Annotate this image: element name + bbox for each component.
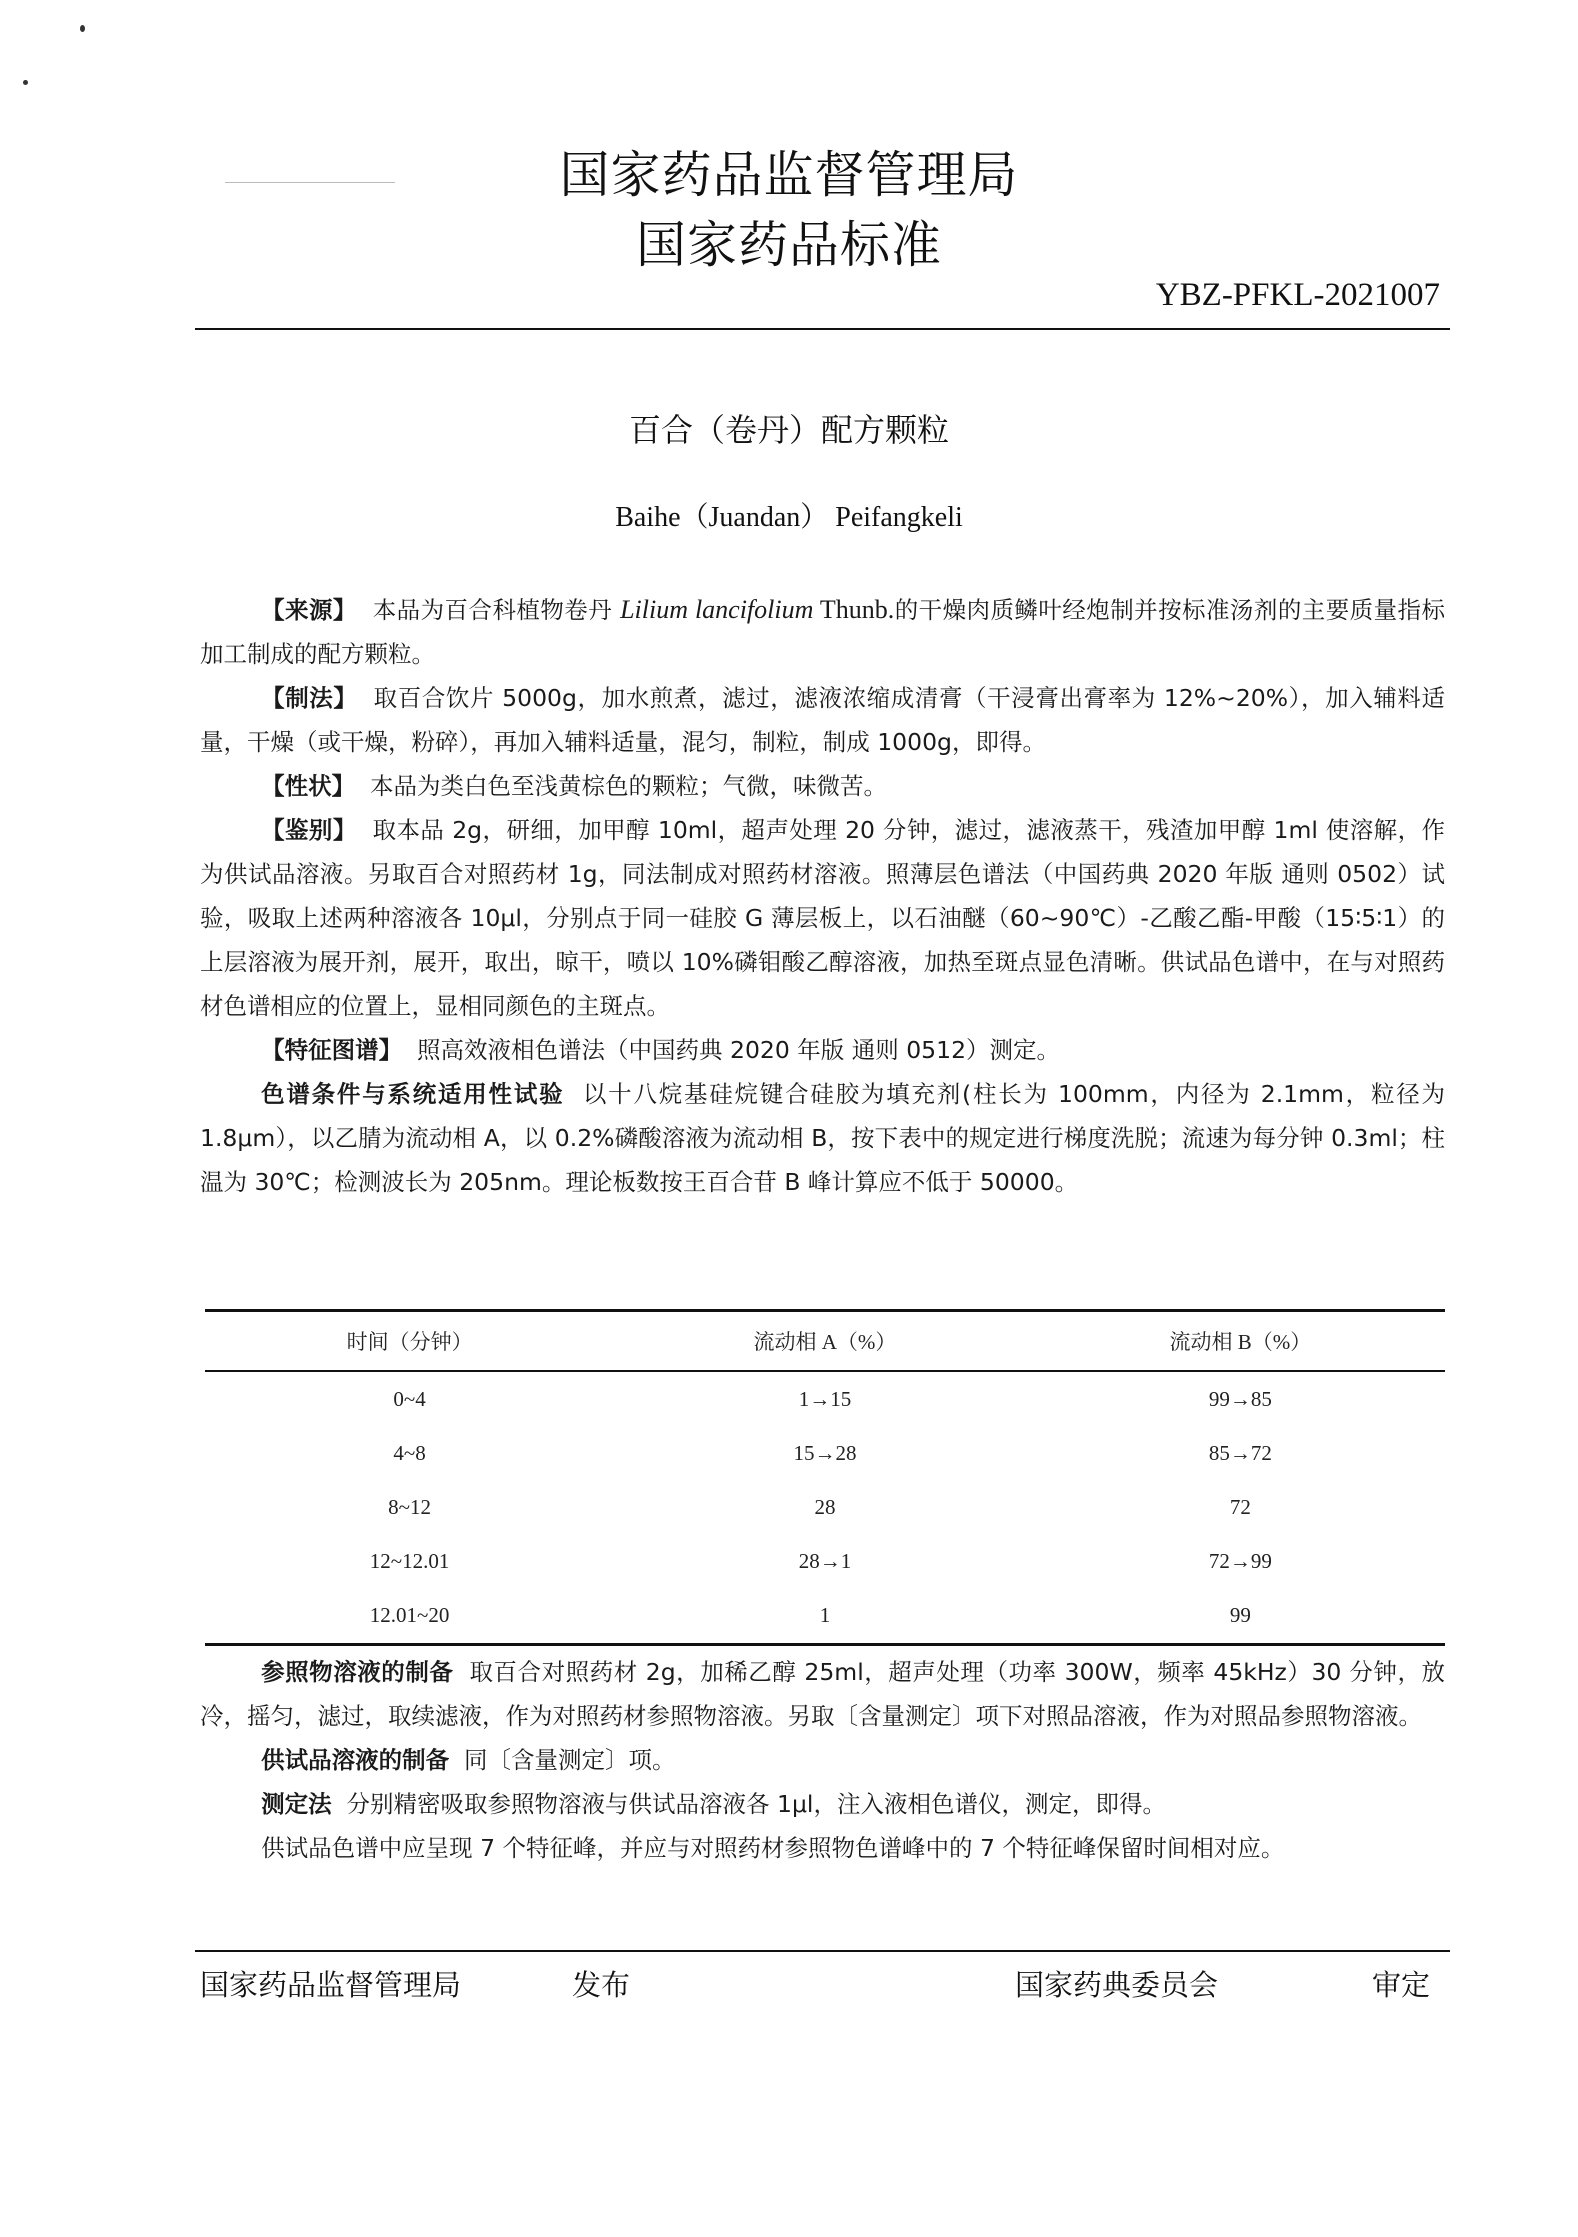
fingerprint-paragraph: 【特征图谱】 照高效液相色谱法（中国药典 2020 年版 通则 0512）测定。: [200, 1028, 1445, 1072]
document-pinyin-title: Baihe（Juandan） Peifangkeli: [0, 495, 1578, 535]
scan-speck: [80, 25, 85, 32]
reference-solution-label: 参照物溶液的制备: [261, 1658, 453, 1686]
preparation-paragraph: 【制法】 取百合饮片 5000g，加水煎煮，滤过，滤液浓缩成清膏（干浸膏出膏率为…: [200, 676, 1445, 764]
table-row: 4~8 15→28 85→72: [205, 1426, 1445, 1480]
body-section-1: 【来源】 本品为百合科植物卷丹 Lilium lancifolium Thunb…: [200, 588, 1445, 1204]
table-header-row: 时间（分钟） 流动相 A（%） 流动相 B（%）: [205, 1311, 1445, 1372]
col-header-time: 时间（分钟）: [205, 1311, 614, 1372]
table-row: 8~12 28 72: [205, 1480, 1445, 1534]
footer-publish-label: 发布: [572, 1963, 630, 2004]
method-paragraph: 测定法 分别精密吸取参照物溶液与供试品溶液各 1μl，注入液相色谱仪，测定，即得…: [200, 1782, 1445, 1826]
gradient-table: 时间（分钟） 流动相 A（%） 流动相 B（%） 0~4 1→15 99→85 …: [205, 1309, 1445, 1646]
body-section-2: 参照物溶液的制备 取百合对照药材 2g，加稀乙醇 25ml，超声处理（功率 30…: [200, 1650, 1445, 1870]
table-row: 0~4 1→15 99→85: [205, 1371, 1445, 1426]
method-label: 测定法: [261, 1790, 332, 1818]
description-paragraph: 【性状】 本品为类白色至浅黄棕色的颗粒；气微，味微苦。: [200, 764, 1445, 808]
col-header-phase-a: 流动相 A（%）: [614, 1311, 1036, 1372]
test-solution-label: 供试品溶液的制备: [261, 1746, 449, 1774]
footer-review-label: 审定: [1372, 1963, 1430, 2004]
preparation-label: 【制法】: [261, 684, 357, 712]
footer-rule: [195, 1950, 1450, 1952]
source-label: 【来源】: [261, 596, 357, 624]
table-row: 12.01~20 1 99: [205, 1588, 1445, 1645]
agency-title: 国家药品监督管理局: [0, 135, 1578, 207]
footer-publisher: 国家药品监督管理局: [200, 1963, 461, 2004]
fingerprint-label: 【特征图谱】: [261, 1036, 402, 1064]
chrom-conditions-label: 色谱条件与系统适用性试验: [261, 1080, 564, 1108]
doc-type-title: 国家药品标准: [0, 205, 1578, 277]
standard-code: YBZ-PFKL-2021007: [1156, 277, 1440, 314]
chrom-conditions-paragraph: 色谱条件与系统适用性试验 以十八烷基硅烷键合硅胶为填充剂(柱长为 100mm，内…: [200, 1072, 1445, 1204]
identification-label: 【鉴别】: [261, 816, 357, 844]
col-header-phase-b: 流动相 B（%）: [1036, 1311, 1445, 1372]
footer-reviewer: 国家药典委员会: [1015, 1963, 1218, 2004]
conclusion-paragraph: 供试品色谱中应呈现 7 个特征峰，并应与对照药材参照物色谱峰中的 7 个特征峰保…: [200, 1826, 1445, 1870]
document-title: 百合（卷丹）配方颗粒: [0, 405, 1578, 451]
test-solution-paragraph: 供试品溶液的制备 同〔含量测定〕项。: [200, 1738, 1445, 1782]
identification-paragraph: 【鉴别】 取本品 2g，研细，加甲醇 10ml，超声处理 20 分钟，滤过，滤液…: [200, 808, 1445, 1028]
description-label: 【性状】: [261, 772, 355, 800]
reference-solution-paragraph: 参照物溶液的制备 取百合对照药材 2g，加稀乙醇 25ml，超声处理（功率 30…: [200, 1650, 1445, 1738]
scan-speck: [23, 80, 28, 85]
source-paragraph: 【来源】 本品为百合科植物卷丹 Lilium lancifolium Thunb…: [200, 588, 1445, 676]
header-rule: [195, 328, 1450, 330]
table-row: 12~12.01 28→1 72→99: [205, 1534, 1445, 1588]
latin-name: Lilium lancifolium: [620, 595, 813, 624]
